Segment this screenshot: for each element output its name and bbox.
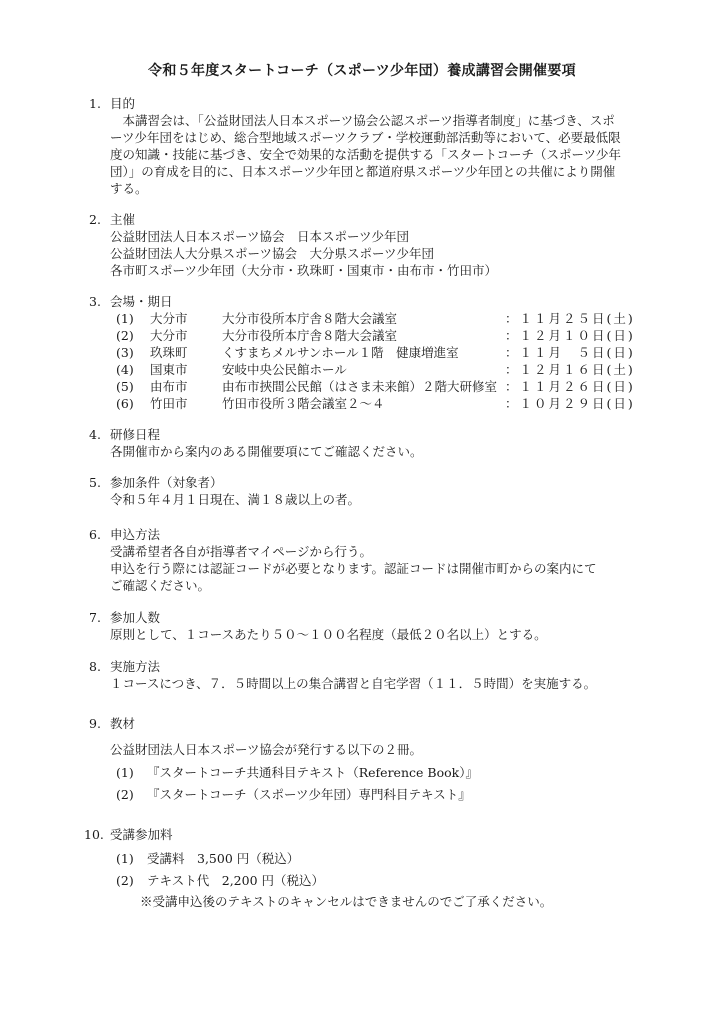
- venue-place: 安岐中央公民館ホール: [222, 361, 347, 378]
- venue-city: 由布市: [150, 378, 188, 395]
- section-3-heading: 会場・期日: [110, 293, 173, 310]
- venue-place: 竹田市役所３階会議室２～４: [222, 395, 385, 412]
- section-1-line: ーツ少年団をはじめ、総合型地域スポーツクラブ・学校運動部活動等において、必要最低…: [110, 129, 621, 146]
- venue-date: ：１２月１０日(日): [505, 327, 635, 344]
- venue-city: 大分市: [150, 327, 188, 344]
- section-1-line: する。: [110, 180, 148, 197]
- venue-number: (6): [116, 395, 134, 412]
- venue-place: 大分市役所本庁舎８階大会議室: [222, 327, 397, 344]
- section-3-number: 3.: [89, 293, 101, 310]
- section-5-heading: 参加条件（対象者）: [110, 474, 223, 491]
- document-title: 令和５年度スタートコーチ（スポーツ少年団）養成講習会開催要項: [0, 60, 724, 80]
- material-number: (1): [116, 764, 134, 781]
- material-title: 『スタートコーチ（スポーツ少年団）専門科目テキスト』: [147, 786, 471, 803]
- venue-city: 竹田市: [150, 395, 188, 412]
- application-line: 申込を行う際には認証コードが必要となります。認証コードは開催市町からの案内にて: [110, 560, 597, 577]
- venue-place: くすまちメルサンホール１階 健康増進室: [222, 344, 459, 361]
- application-line: ご確認ください。: [110, 577, 210, 594]
- eligibility-text: 令和５年４月１日現在、満１８歳以上の者。: [110, 491, 360, 508]
- section-1-line: 本講習会は、「公益財団法人日本スポーツ協会公認スポーツ指導者制度」に基づき、スポ: [110, 112, 615, 129]
- fee-item: テキスト代 2,200 円（税込）: [147, 872, 324, 889]
- section-4-heading: 研修日程: [110, 426, 160, 443]
- section-1-line: 団）」の育成を目的に、日本スポーツ少年団と都道府県スポーツ少年団との共催により開…: [110, 163, 615, 180]
- section-7-heading: 参加人数: [110, 609, 160, 626]
- venue-place: 大分市役所本庁舎８階大会議室: [222, 310, 397, 327]
- document-page: 令和５年度スタートコーチ（スポーツ少年団）養成講習会開催要項 1. 目的 本講習…: [0, 0, 724, 1024]
- venue-number: (3): [116, 344, 134, 361]
- venue-date: ：１０月２９日(日): [505, 395, 635, 412]
- fee-item: 受講料 3,500 円（税込）: [147, 850, 299, 867]
- cancellation-note: ※受講申込後のテキストのキャンセルはできませんのでご了承ください。: [140, 893, 552, 910]
- participants-text: 原則として、１コースあたり５０～１００名程度（最低２０名以上）とする。: [110, 626, 547, 643]
- venue-date: ：１１月２５日(土): [505, 310, 635, 327]
- material-title: 『スタートコーチ共通科目テキスト（Reference Book）』: [147, 764, 478, 781]
- section-1-heading: 目的: [110, 95, 135, 112]
- section-1-line: 度の知識・技能に基づき、安全で効果的な活動を提供する「スタートコーチ（スポーツ少…: [110, 146, 621, 163]
- section-10-number: 10.: [84, 826, 104, 843]
- section-9-number: 9.: [89, 715, 101, 732]
- section-10-heading: 受講参加料: [110, 826, 173, 843]
- method-text: １コースにつき、７．５時間以上の集合講習と自宅学習（１１．５時間）を実施する。: [110, 675, 596, 692]
- section-6-heading: 申込方法: [110, 526, 160, 543]
- section-8-heading: 実施方法: [110, 658, 160, 675]
- venue-date: ：１２月１６日(土): [505, 361, 635, 378]
- venue-date: ：１１月２６日(日): [505, 378, 635, 395]
- venue-place: 由布市挾間公民館（はさま未来館）２階大研修室: [222, 378, 497, 395]
- section-6-number: 6.: [89, 526, 101, 543]
- venue-city: 国東市: [150, 361, 188, 378]
- venue-city: 玖珠町: [150, 344, 188, 361]
- application-line: 受講希望者各自が指導者マイページから行う。: [110, 543, 372, 560]
- section-9-heading: 教材: [110, 715, 135, 732]
- organizer-line: 公益財団法人大分県スポーツ協会 大分県スポーツ少年団: [110, 245, 434, 262]
- section-5-number: 5.: [89, 474, 101, 491]
- materials-intro: 公益財団法人日本スポーツ協会が発行する以下の２冊。: [110, 741, 422, 758]
- section-8-number: 8.: [89, 658, 101, 675]
- section-2-heading: 主催: [110, 211, 135, 228]
- section-7-number: 7.: [89, 609, 101, 626]
- section-1-number: 1.: [89, 95, 101, 112]
- material-number: (2): [116, 786, 134, 803]
- venue-number: (1): [116, 310, 134, 327]
- venue-number: (5): [116, 378, 134, 395]
- organizer-line: 各市町スポーツ少年団（大分市・玖珠町・国東市・由布市・竹田市）: [110, 262, 497, 279]
- fee-number: (2): [116, 872, 134, 889]
- section-2-number: 2.: [89, 211, 101, 228]
- venue-number: (4): [116, 361, 134, 378]
- organizer-line: 公益財団法人日本スポーツ協会 日本スポーツ少年団: [110, 228, 409, 245]
- schedule-text: 各開催市から案内のある開催要項にてご確認ください。: [110, 443, 423, 460]
- fee-number: (1): [116, 850, 134, 867]
- venue-date: ：１１月 ５日(日): [505, 344, 635, 361]
- section-4-number: 4.: [89, 426, 101, 443]
- venue-number: (2): [116, 327, 134, 344]
- venue-city: 大分市: [150, 310, 188, 327]
